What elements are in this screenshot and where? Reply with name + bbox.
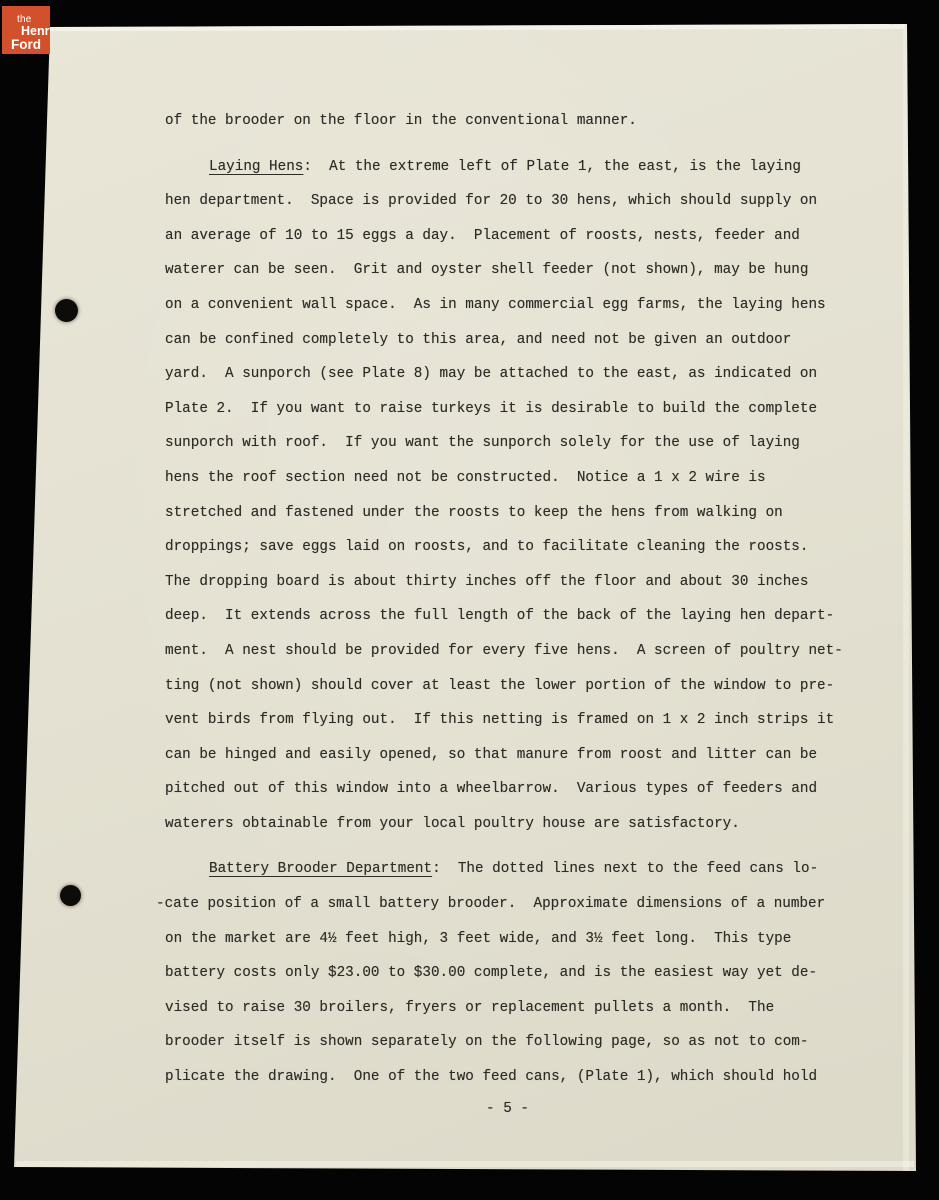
text-line: hens the roof section need not be constr…	[165, 461, 850, 496]
document-body: of the brooder on the floor in the conve…	[165, 104, 850, 1095]
text-line: on a convenient wall space. As in many c…	[165, 288, 850, 323]
text-line: sunporch with roof. If you want the sunp…	[165, 426, 850, 461]
text-line: Laying Hens: At the extreme left of Plat…	[165, 150, 850, 185]
logo-word-henry: Henry	[21, 24, 50, 38]
underlined-heading: Battery Brooder Department	[209, 861, 432, 877]
paper-right-edge-highlight	[903, 24, 909, 1172]
text-line: The dropping board is about thirty inche…	[165, 565, 850, 600]
text-line: of the brooder on the floor in the conve…	[165, 104, 850, 139]
text-line: Plate 2. If you want to raise turkeys it…	[165, 392, 850, 427]
text-line: deep. It extends across the full length …	[165, 599, 850, 634]
document-page: of the brooder on the floor in the conve…	[0, 0, 939, 1200]
text-line: waterers obtainable from your local poul…	[165, 807, 850, 842]
text-line: can be hinged and easily opened, so that…	[165, 738, 850, 773]
text-line: -cate position of a small battery broode…	[156, 887, 850, 922]
henry-ford-logo: the Henry Ford	[2, 6, 50, 54]
text-line: ting (not shown) should cover at least t…	[165, 669, 850, 704]
text-line: hen department. Space is provided for 20…	[165, 184, 850, 219]
text-line: waterer can be seen. Grit and oyster she…	[165, 253, 850, 288]
paper-bottom-edge-highlight	[16, 1161, 914, 1167]
text-line: ment. A nest should be provided for ever…	[165, 634, 850, 669]
text-line: brooder itself is shown separately on th…	[165, 1025, 850, 1060]
text-line: an average of 10 to 15 eggs a day. Place…	[165, 219, 850, 254]
text-line: plicate the drawing. One of the two feed…	[165, 1060, 850, 1095]
paper-top-edge-highlight	[46, 24, 904, 31]
text-line: can be confined completely to this area,…	[165, 323, 850, 358]
text-line: battery costs only $23.00 to $30.00 comp…	[165, 956, 850, 991]
page-number: - 5 -	[165, 1092, 850, 1127]
hole-punch-bottom	[60, 885, 81, 906]
text-line: vised to raise 30 broilers, fryers or re…	[165, 991, 850, 1026]
text-line: stretched and fastened under the roosts …	[165, 496, 850, 531]
text-line: pitched out of this window into a wheelb…	[165, 772, 850, 807]
hole-punch-top	[55, 299, 78, 322]
text-line: yard. A sunporch (see Plate 8) may be at…	[165, 357, 850, 392]
text-line: droppings; save eggs laid on roosts, and…	[165, 530, 850, 565]
text-line: Battery Brooder Department: The dotted l…	[165, 852, 850, 887]
scan-background: of the brooder on the floor in the conve…	[0, 0, 939, 1200]
underlined-heading: Laying Hens	[209, 159, 303, 175]
text-line: on the market are 4½ feet high, 3 feet w…	[165, 922, 850, 957]
text-line: vent birds from flying out. If this nett…	[165, 703, 850, 738]
logo-word-ford: Ford	[11, 37, 41, 52]
